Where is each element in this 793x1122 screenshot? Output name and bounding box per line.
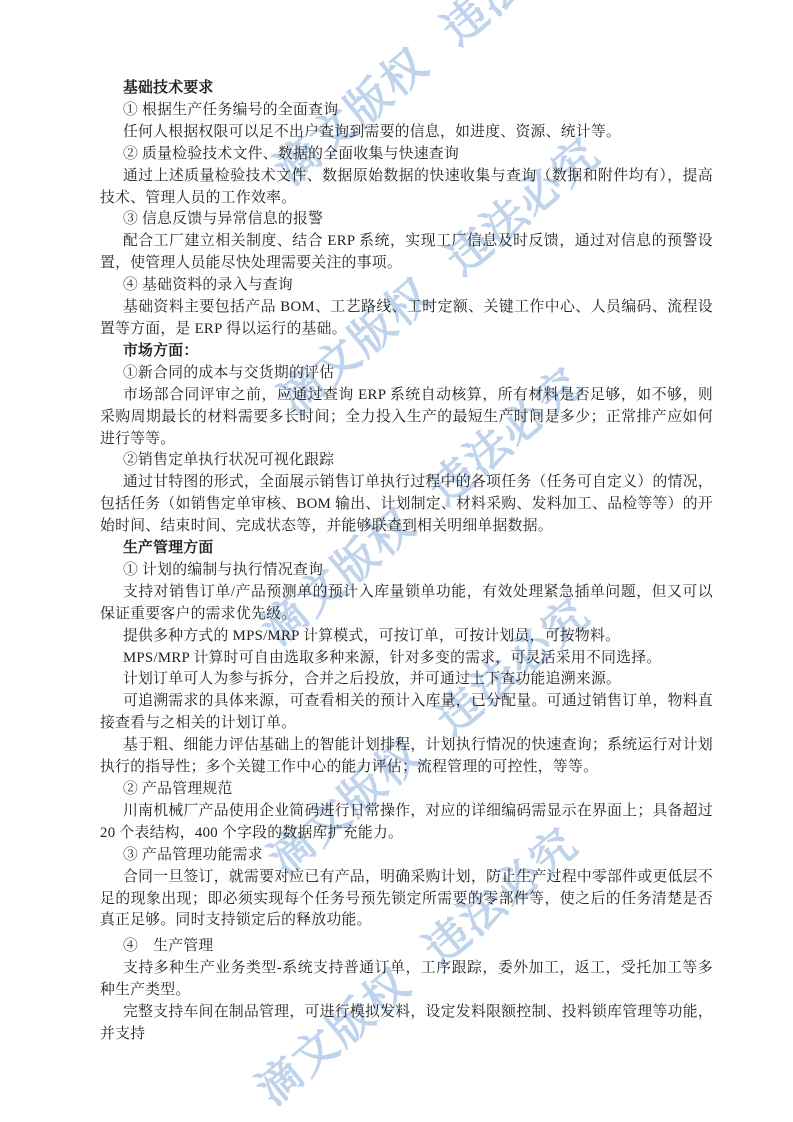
- document-body: 基础技术要求① 根据生产任务编号的全面查询任何人根据权限可以足不出户查询到需要的…: [100, 78, 713, 1046]
- document-page: 滴文版权 违法必究滴文版权 违法必究滴文版权 违法必究滴文版权 违法必究滴文版权…: [0, 0, 793, 1122]
- paragraph: 支持对销售订单/产品预测单的预计入库量锁单功能，有效处理紧急插单问题，但又可以保…: [100, 582, 713, 626]
- section-heading: 基础技术要求: [100, 78, 713, 100]
- paragraph: ② 产品管理规范: [100, 779, 713, 801]
- paragraph: ④ 生产管理: [100, 936, 713, 958]
- paragraph: 基础资料主要包括产品 BOM、工艺路线、工时定额、关键工作中心、人员编码、流程设…: [100, 297, 713, 341]
- paragraph: 川南机械厂产品使用企业简码进行日常操作，对应的详细编码需显示在界面上；具备超过 …: [100, 801, 713, 845]
- section-heading: 生产管理方面: [100, 538, 713, 560]
- paragraph: 合同一旦签订，就需要对应已有产品，明确采购计划，防止生产过程中零部件或更低层不足…: [100, 867, 713, 933]
- paragraph: 通过上述质量检验技术文件、数据原始数据的快速收集与查询（数据和附件均有），提高技…: [100, 166, 713, 210]
- paragraph: 通过甘特图的形式，全面展示销售订单执行过程中的各项任务（任务可自定义）的情况，包…: [100, 472, 713, 538]
- paragraph: ③ 信息反馈与异常信息的报警: [100, 209, 713, 231]
- paragraph: 提供多种方式的 MPS/MRP 计算模式，可按订单，可按计划员，可按物料。: [100, 626, 713, 648]
- paragraph: 计划订单可人为参与拆分，合并之后投放，并可通过上下查功能追溯来源。: [100, 669, 713, 691]
- paragraph: 市场部合同评审之前，应通过查询 ERP 系统自动核算，所有材料是否足够，如不够，…: [100, 385, 713, 451]
- paragraph: MPS/MRP 计算时可自由选取多种来源，针对多变的需求，可灵活采用不同选择。: [100, 648, 713, 670]
- paragraph: 基于粗、细能力评估基础上的智能计划排程，计划执行情况的快速查询；系统运行对计划执…: [100, 735, 713, 779]
- paragraph: 完整支持车间在制品管理，可进行模拟发料，设定发料限额控制、投料锁库管理等功能，并…: [100, 1002, 713, 1046]
- paragraph: ②销售定单执行状况可视化跟踪: [100, 450, 713, 472]
- paragraph: 任何人根据权限可以足不出户查询到需要的信息，如进度、资源、统计等。: [100, 122, 713, 144]
- paragraph: ① 根据生产任务编号的全面查询: [100, 100, 713, 122]
- paragraph: ① 计划的编制与执行情况查询: [100, 560, 713, 582]
- paragraph: ④ 基础资料的录入与查询: [100, 275, 713, 297]
- paragraph: ①新合同的成本与交货期的评估: [100, 363, 713, 385]
- paragraph: 可追溯需求的具体来源，可查看相关的预计入库量，已分配量。可通过销售订单，物料直接…: [100, 691, 713, 735]
- paragraph: ③ 产品管理功能需求: [100, 845, 713, 867]
- paragraph: ② 质量检验技术文件、数据的全面收集与快速查询: [100, 144, 713, 166]
- section-heading: 市场方面：: [100, 341, 713, 363]
- paragraph: 支持多种生产业务类型-系统支持普通订单，工序跟踪，委外加工，返工，受托加工等多种…: [100, 958, 713, 1002]
- paragraph: 配合工厂建立相关制度、结合 ERP 系统，实现工厂信息及时反馈，通过对信息的预警…: [100, 231, 713, 275]
